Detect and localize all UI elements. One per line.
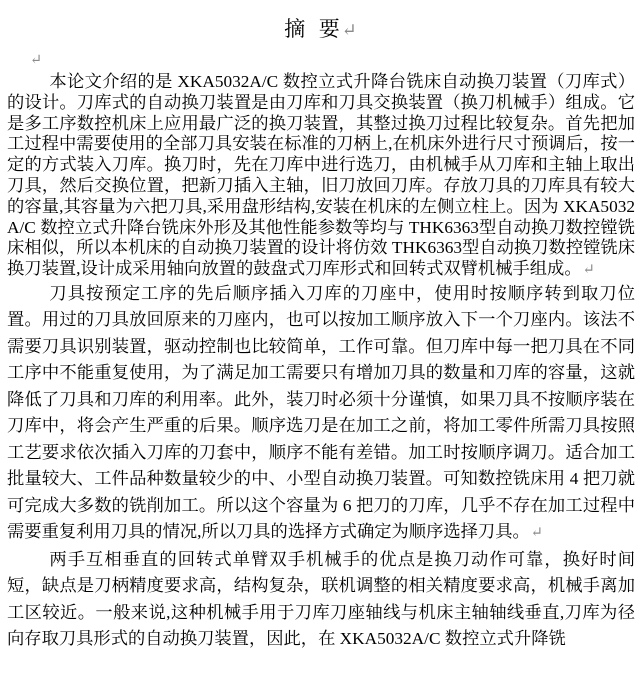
abstract-paragraph-1: 本论文介绍的是 XKA5032A/C 数控立式升降台铣床自动换刀装置（刀库式）的… xyxy=(7,72,635,281)
page-title-text: 摘 要 xyxy=(284,17,341,41)
paragraph-return-mark: ↵ xyxy=(29,52,42,68)
paragraph-return-mark: ↵ xyxy=(341,20,358,40)
empty-paragraph-line: ↵ xyxy=(7,45,635,72)
paragraph-text: 两手互相垂直的回转式单臂双手机械手的优点是换刀动作可靠，换好时间短，缺点是刀柄精… xyxy=(7,550,635,649)
paragraph-return-mark: ↵ xyxy=(582,262,595,278)
paragraph-return-mark: ↵ xyxy=(530,525,543,541)
abstract-paragraph-3: 两手互相垂直的回转式单臂双手机械手的优点是换刀动作可靠，换好时间短，缺点是刀柄精… xyxy=(7,547,635,653)
abstract-paragraph-2: 刀具按预定工序的先后顺序插入刀库的刀座中，使用时按顺序转到取刀位置。用过的刀具放… xyxy=(7,281,635,547)
document-page: 摘 要↵ ↵ 本论文介绍的是 XKA5032A/C 数控立式升降台铣床自动换刀装… xyxy=(0,0,642,693)
paragraph-text: 刀具按预定工序的先后顺序插入刀库的刀座中，使用时按顺序转到取刀位置。用过的刀具放… xyxy=(7,284,635,542)
page-title: 摘 要↵ xyxy=(7,0,635,45)
paragraph-text: 本论文介绍的是 XKA5032A/C 数控立式升降台铣床自动换刀装置（刀库式）的… xyxy=(7,72,635,278)
